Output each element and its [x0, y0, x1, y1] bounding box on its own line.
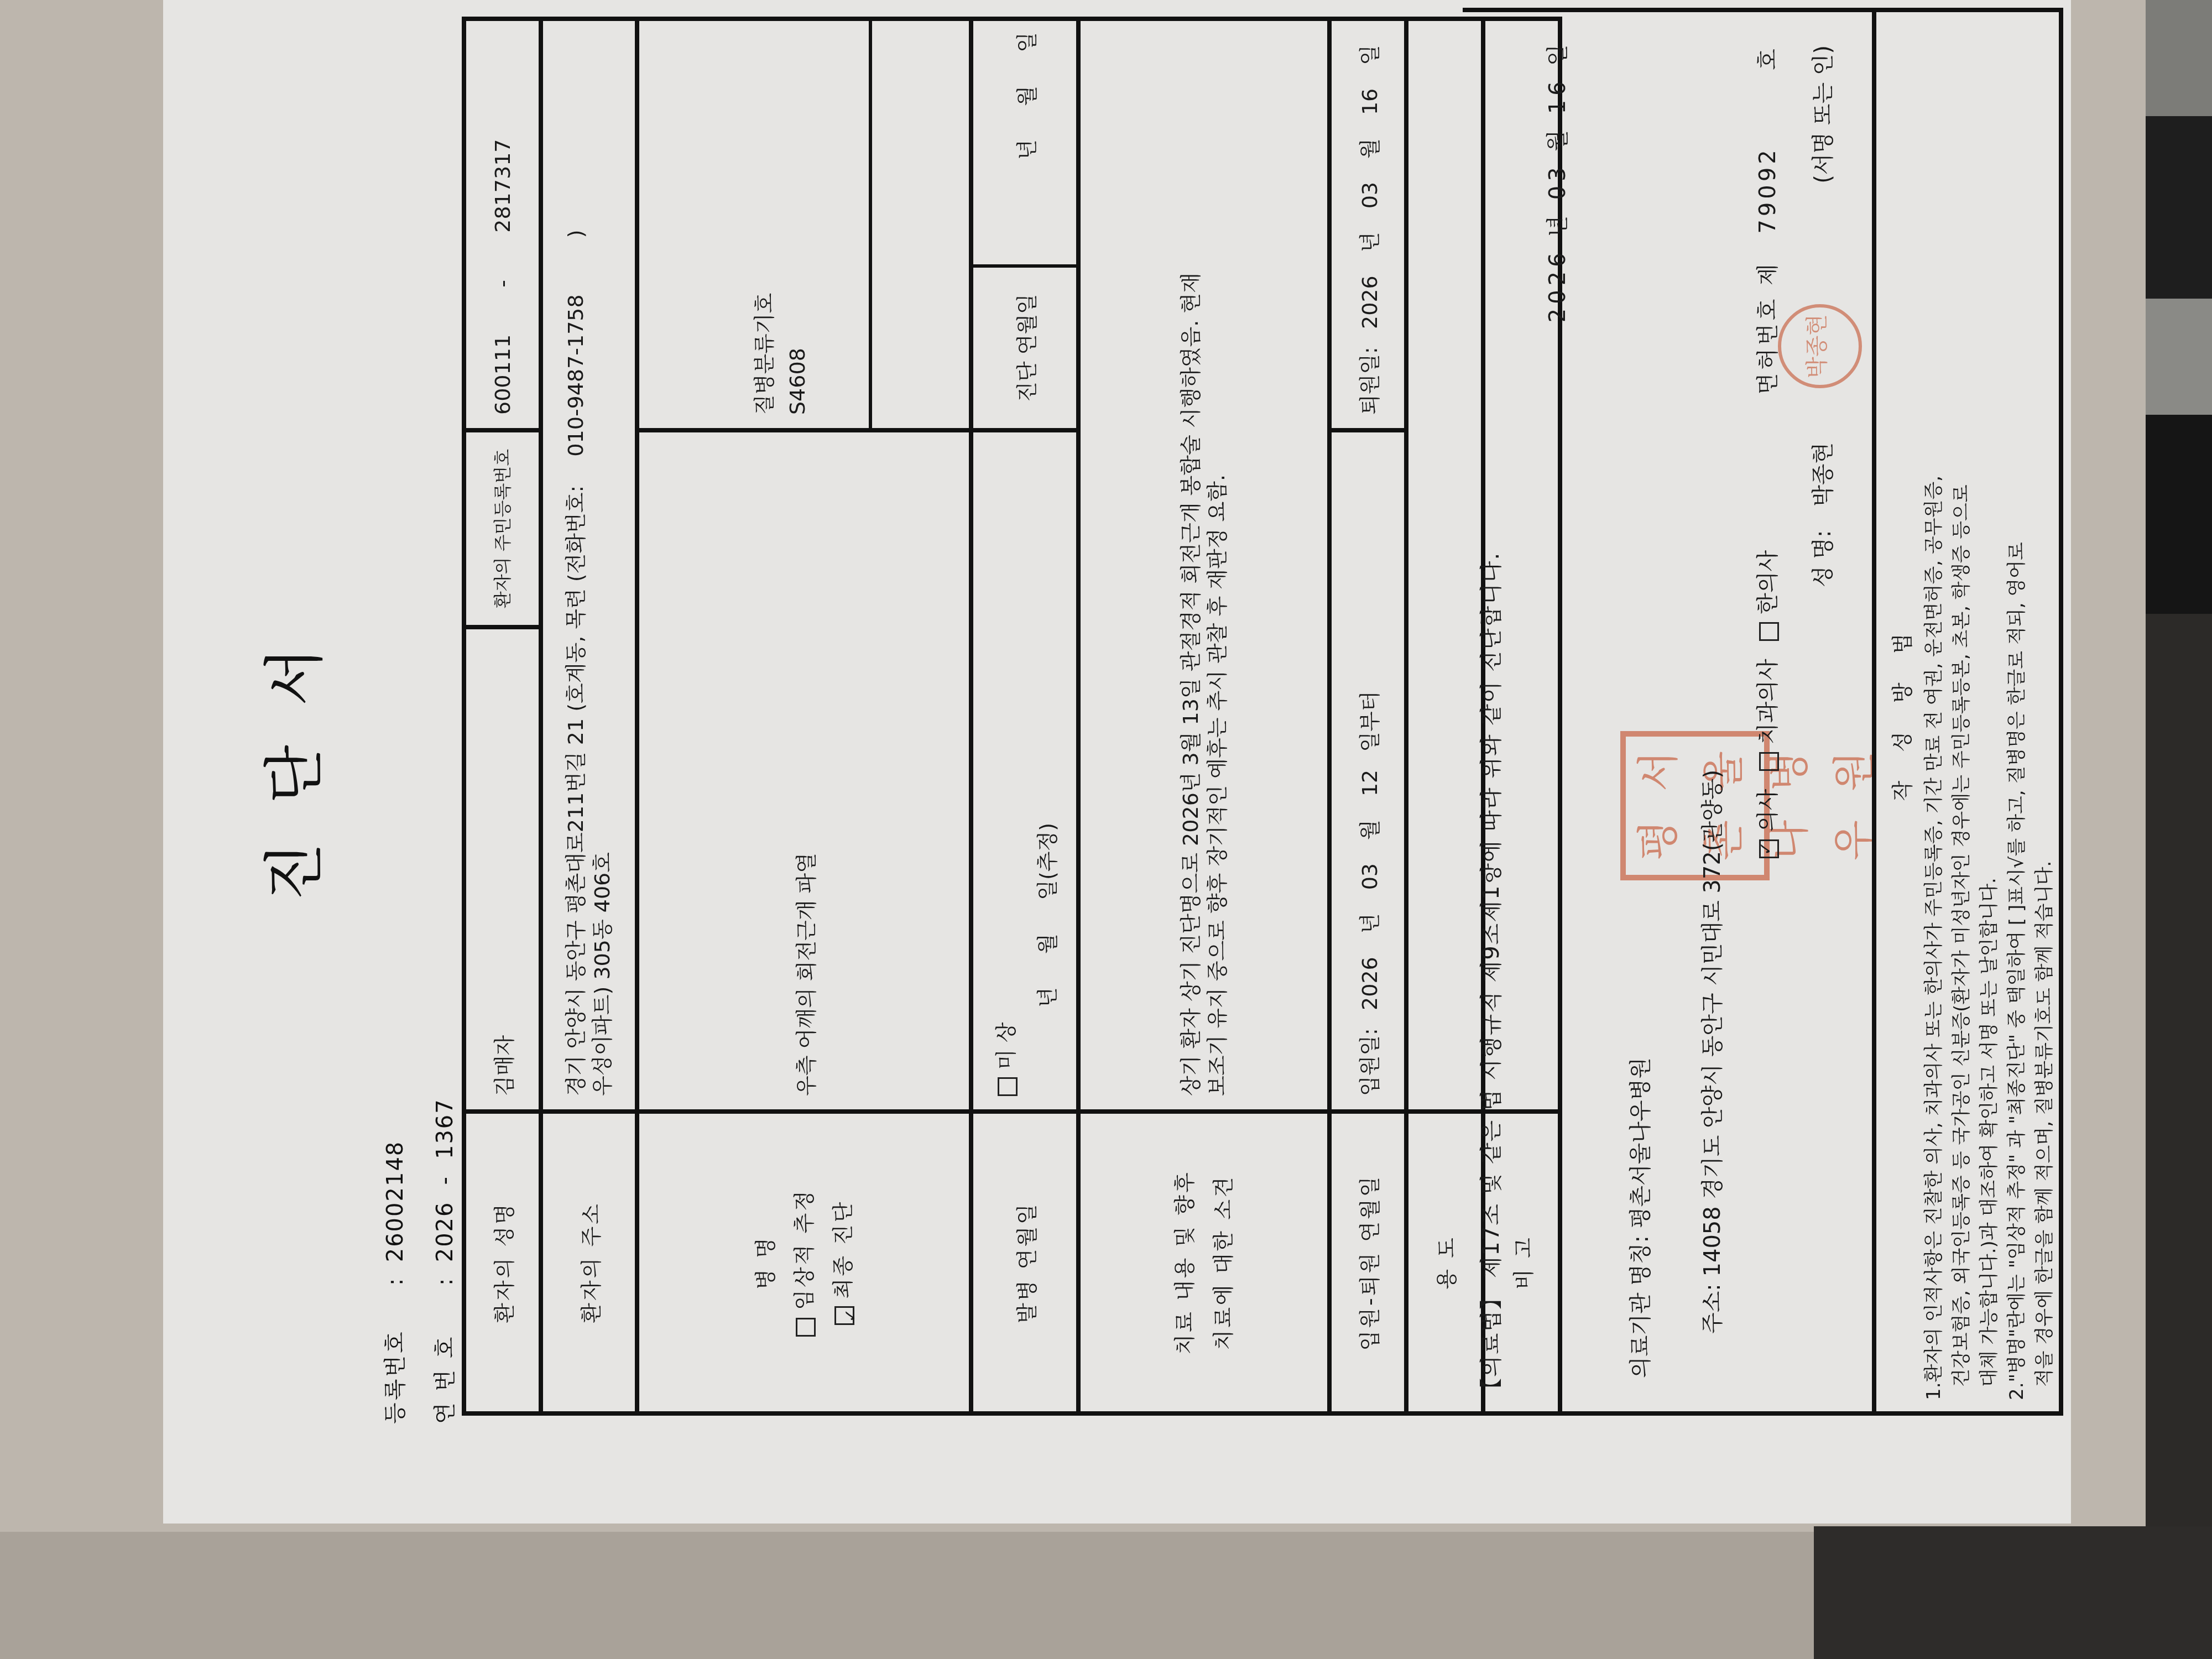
patient-address-value: 경기 안양시 동안구 평촌대로211번길 21 (호계동, 목련 (전화번호: …: [541, 19, 637, 1112]
checkbox-dentist[interactable]: [1759, 752, 1779, 771]
declaration-date: 2026 년 03 월 16 일: [1540, 40, 1572, 322]
license-number: 면허번호 제 79092 호: [1750, 45, 1782, 394]
address-line-1: 경기 안양시 동안구 평촌대로211번길 21 (호계동, 목련 (전화번호:: [564, 486, 588, 1096]
disease-code-value: S4608: [785, 34, 810, 415]
admission-date: 입원일: 2026 년 03 월 12 일부터: [1329, 430, 1406, 1112]
disease-code-cell: 질병분류기호 S4608: [637, 19, 971, 430]
phone-number: 010-9487-1758: [564, 294, 588, 456]
instructions-body: 1.환자의 인적사항은 진찰한 의사, 치과의사 또는 한의사가 주민등록증, …: [1916, 12, 2063, 1411]
patient-name-row: 환자의 성명 김매자 환자의 주민등록번호 600111 - 2817317: [464, 19, 541, 1413]
patient-name-label: 환자의 성명: [464, 1112, 541, 1413]
treatment-opinion: 상기 환자 상기 진단명으로 2026년 3월 13일 관절경적 회전근개 봉합…: [1078, 19, 1329, 1112]
instruction-line: 2."병명"란에는 "임상적 추정" 과 "최종진단" 중 택일하여 [ ]표시…: [2003, 23, 2031, 1400]
institution-name: 의료기관 명칭: 평촌서울나우병원: [1623, 1057, 1655, 1378]
diagnosis-label: 병 명 임상적 추정 최종 진단: [637, 1112, 971, 1413]
diagnosis-date-label: 진단 연월일: [973, 264, 1076, 428]
signer-name: 박종현: [1811, 442, 1836, 507]
signer: 성 명: 박종현: [1806, 442, 1837, 587]
certificate-form-table: 환자의 성명 김매자 환자의 주민등록번호 600111 - 2817317 환…: [462, 17, 1562, 1416]
instructions-section: 작 성 방 법 1.환자의 인적사항은 진찰한 의사, 치과의사 또는 한의사가…: [1872, 8, 2063, 1416]
registration-number-label: 등록번호: [371, 1286, 420, 1424]
resident-id-front: 600111: [491, 335, 515, 415]
checkbox-undetermined[interactable]: [998, 1077, 1018, 1096]
onset-date-row: 발병 연월일 미 상 년 월 일(추정) 진단 연월일 년 월 일: [971, 19, 1078, 1413]
declaration-text: 【의료법】 제17조 및 같은 법 시행규칙 제9조제1항에 따라 위와 같이 …: [1474, 552, 1505, 1400]
floor-background: [1814, 1526, 2212, 1659]
onset-date-value: 미 상 년 월 일(추정): [971, 430, 1078, 1112]
address-line-2: 우성이파트) 305동 406호: [589, 34, 615, 1096]
resident-id-value: 600111 - 2817317: [464, 19, 541, 430]
treatment-label: 치료 내용 및 향후 치료에 대한 소견: [1078, 1112, 1329, 1413]
signature-note: (서명 또는 인): [1806, 45, 1837, 184]
instruction-line: 1.환자의 인적사항은 진찰한 의사, 치과의사 또는 한의사가 주민등록증, …: [1920, 23, 1948, 1400]
resident-id-back: 2817317: [491, 139, 515, 233]
instruction-line: 적을 경우에 한글을 함께 적으며, 질병분류기호도 함께 적습니다.: [2031, 23, 2058, 1400]
checkbox-doctor[interactable]: [1759, 839, 1779, 858]
background-object: [2146, 0, 2212, 1659]
admission-label: 입원-퇴원 연월일: [1329, 1112, 1406, 1413]
document-title: 진단서: [246, 0, 333, 1524]
registration-number-value: 26002148: [383, 1141, 408, 1262]
discharge-date: 퇴원일: 2026 년 03 월 16 일: [1329, 19, 1406, 430]
doctor-seal-stamp: 박종현: [1778, 304, 1862, 388]
checkbox-oriental-doctor[interactable]: [1759, 622, 1779, 641]
disease-code-label: 질병분류기호: [747, 34, 778, 415]
checkbox-final-diagnosis[interactable]: [834, 1306, 854, 1325]
instructions-title: 작 성 방 법: [1885, 12, 1916, 1411]
diagnosis-date-value: 년 월 일: [973, 21, 1076, 264]
patient-name-value: 김매자: [464, 627, 541, 1112]
diagnosis-value: 우측 어깨의 회전근개 파열: [637, 430, 971, 1112]
institution-name-value: 평촌서울나우병원: [1628, 1057, 1653, 1228]
resident-id-label: 환자의 주민등록번호: [464, 430, 541, 627]
patient-address-label: 환자의 주소: [541, 1112, 637, 1413]
diagnosis-option-final[interactable]: 최종 진단: [823, 1127, 862, 1398]
onset-undetermined[interactable]: 미 상: [989, 446, 1019, 1096]
diagnosis-option-clinical[interactable]: 임상적 추정: [785, 1127, 823, 1398]
document-meta: 등록번호: 26002148 연 번 호: 2026-1367: [371, 1082, 470, 1424]
patient-address-row: 환자의 주소 경기 안양시 동안구 평촌대로211번길 21 (호계동, 목련 …: [541, 19, 637, 1413]
resident-id-dash: -: [491, 239, 515, 328]
license-type-options: 의사 치과의사 한의사: [1750, 550, 1782, 858]
institution-address: 주소: 14058 경기도 안양시 동안구 시민대로 372(관양동): [1695, 770, 1726, 1334]
declaration-section: 【의료법】 제17조 및 같은 법 시행규칙 제9조제1항에 따라 위와 같이 …: [1463, 8, 1876, 1416]
diagnosis-row: 병 명 임상적 추정 최종 진단 우측 어깨의 회전근개 파열 질병분류기호 S…: [637, 19, 971, 1413]
instruction-line: 건강보험증, 외국인등록증 등 국가공인 신분증(환자가 미성년자인 경우에는 …: [1948, 23, 1975, 1400]
onset-date-fields: 년 월 일(추정): [1030, 446, 1061, 1096]
checkbox-clinical-estimate[interactable]: [796, 1318, 816, 1337]
instruction-line: 대체 가능합니다.)과 대조하여 확인하고 서명 또는 날인합니다.: [1975, 23, 2003, 1400]
admission-row: 입원-퇴원 연월일 입원일: 2026 년 03 월 12 일부터 퇴원일: 2…: [1329, 19, 1406, 1413]
diagnosis-certificate-paper: 진단서 등록번호: 26002148 연 번 호: 2026-1367 환자의 …: [163, 0, 2071, 1524]
registration-number-row: 등록번호: 26002148: [371, 1082, 420, 1424]
treatment-row: 치료 내용 및 향후 치료에 대한 소견 상기 환자 상기 진단명으로 2026…: [1078, 19, 1329, 1413]
onset-date-label: 발병 연월일: [971, 1112, 1078, 1413]
